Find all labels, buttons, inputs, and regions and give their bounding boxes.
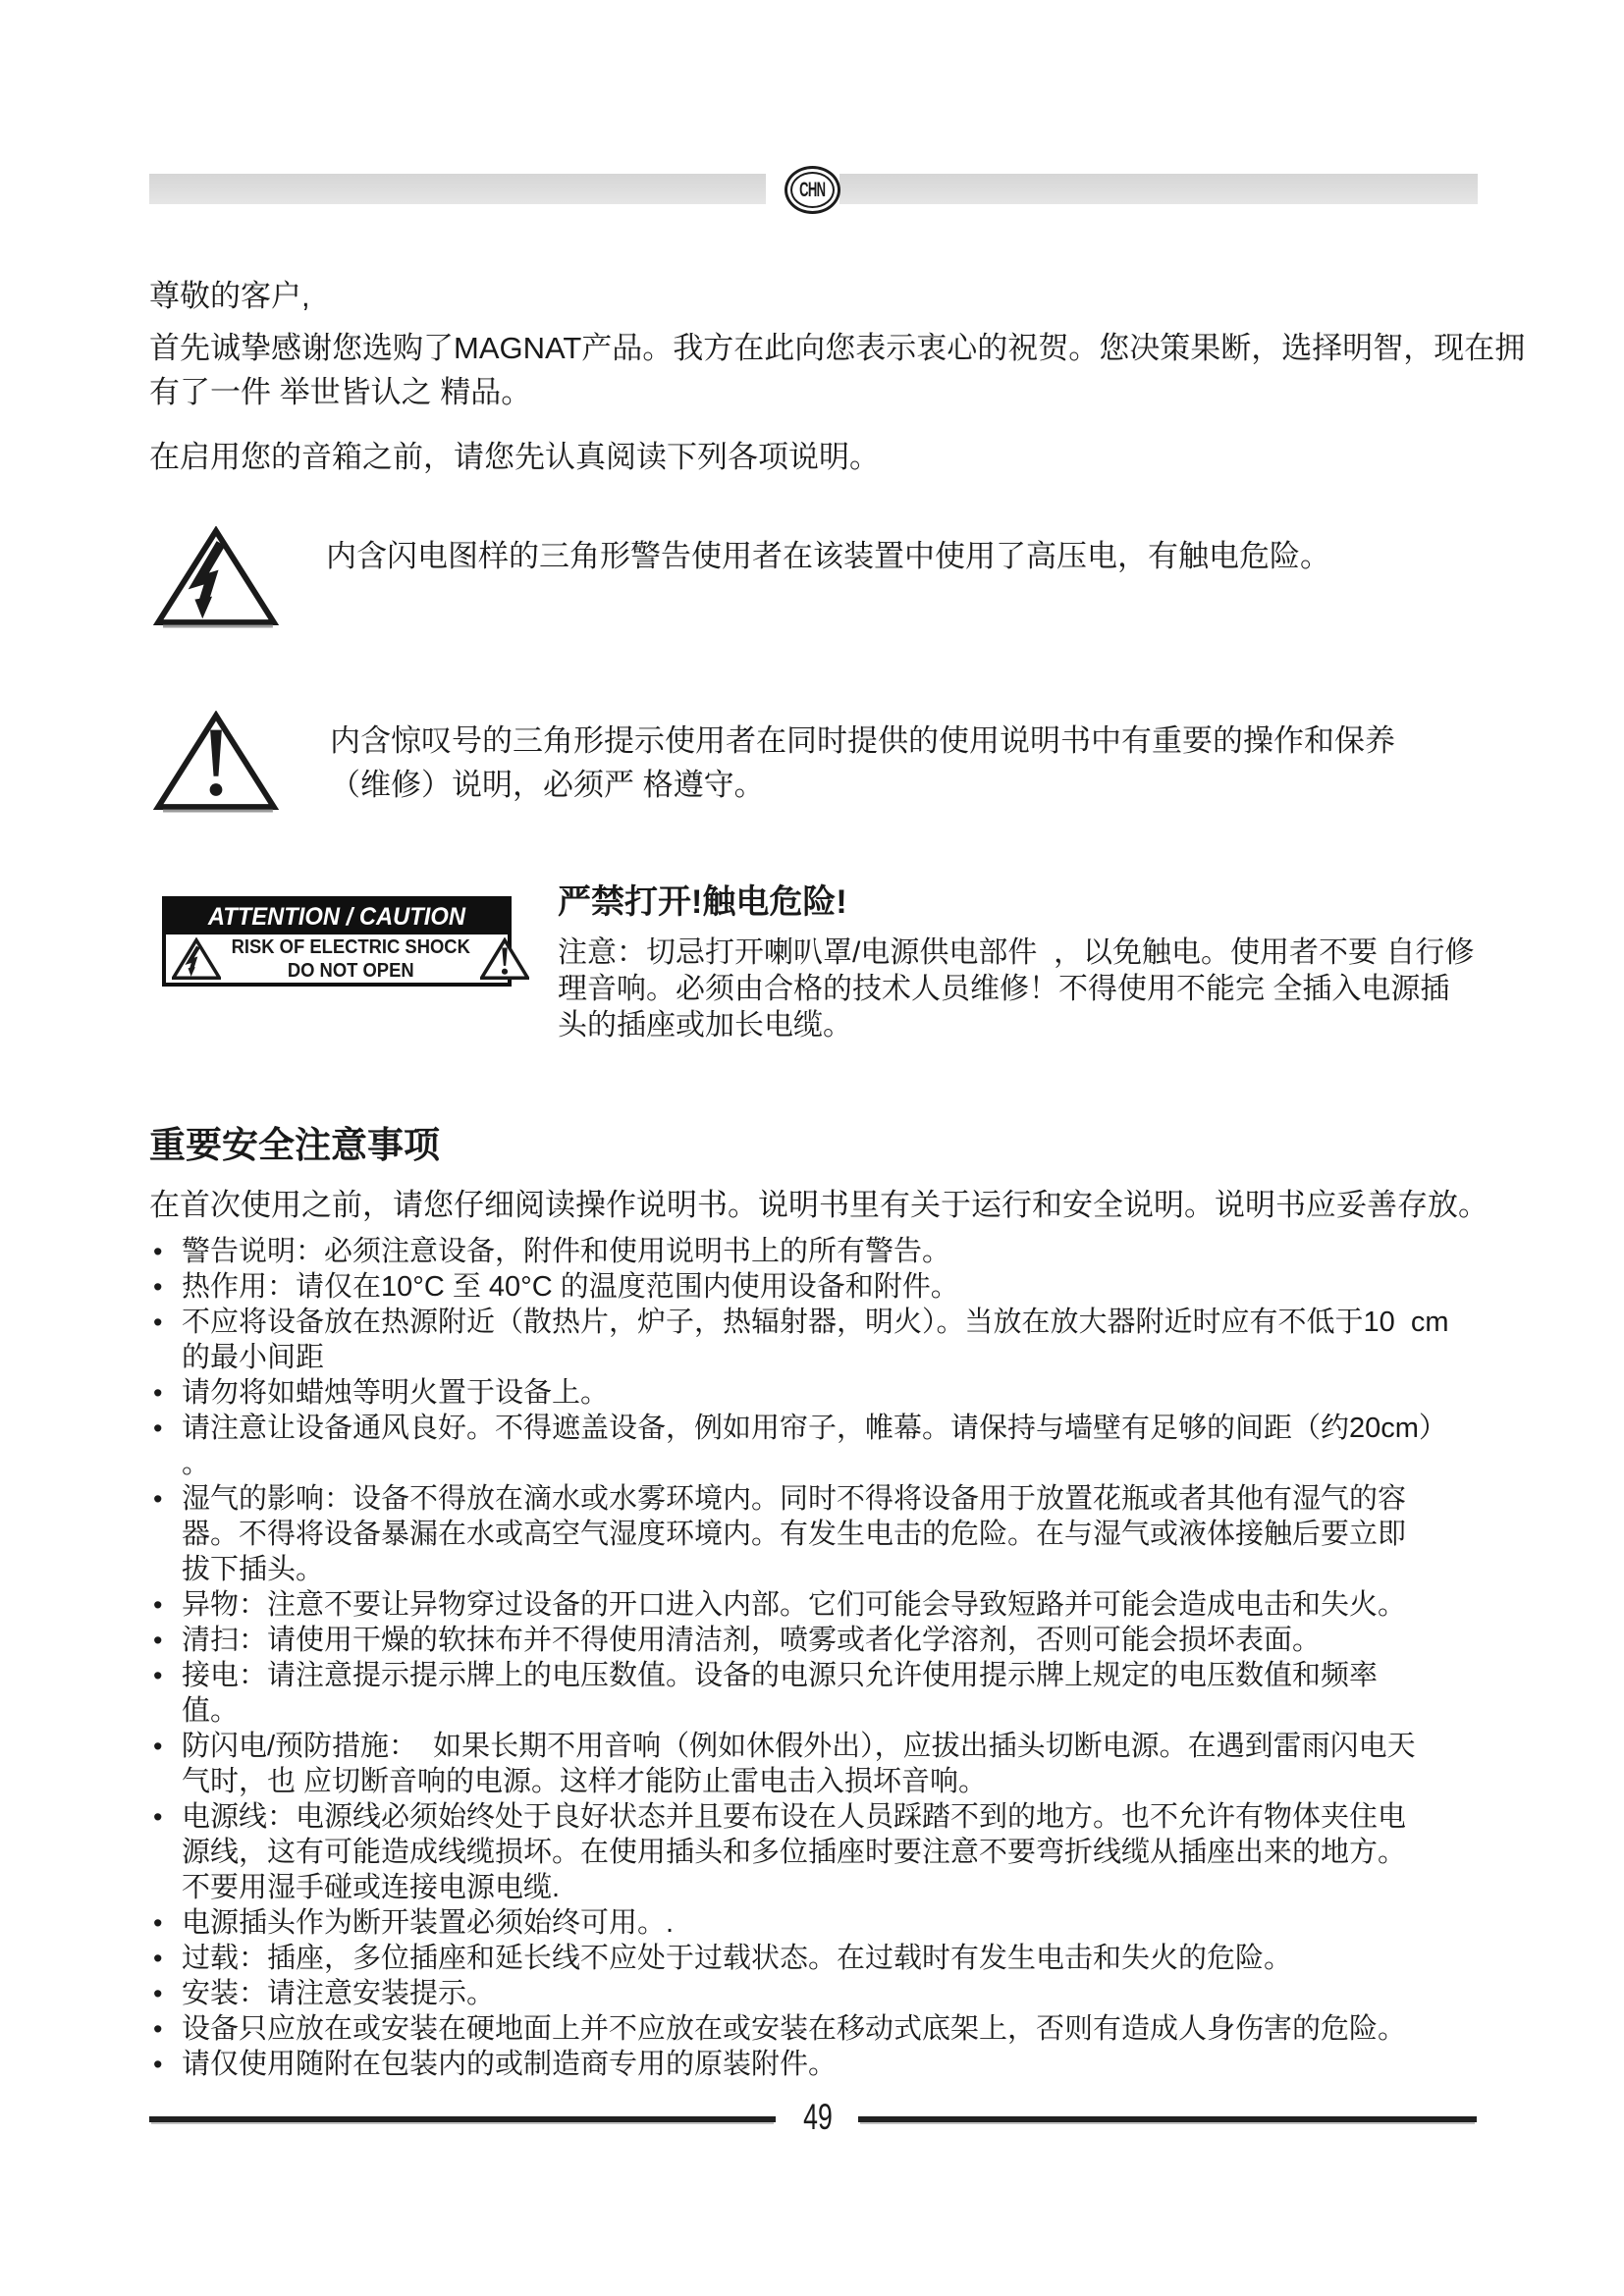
caution-paragraph: 注意：切忌打开喇叭罩/电源供电部件 ，以免触电。使用者不要 自行修 理音响。必须… xyxy=(558,934,1540,1043)
manual-page: CHN 尊敬的客户, 首先诚挚感谢您选购了MAGNAT产品。我方在此向您表示衷心… xyxy=(0,0,1624,2296)
page-number: 49 xyxy=(788,2097,847,2138)
safety-item: 警告说明：必须注意设备，附件和使用说明书上的所有警告。 xyxy=(149,1234,1593,1269)
attention-caution-label: ATTENTION / CAUTION RISK OF ELECTRIC SHO… xyxy=(162,896,512,987)
warning-row-instructions: 内含惊叹号的三角形提示使用者在同时提供的使用说明书中有重要的操作和保养 （维修）… xyxy=(153,711,1395,813)
intro-paragraph-1: 首先诚挚感谢您选购了MAGNAT产品。我方在此向您表示衷心的祝贺。您决策果断，选… xyxy=(149,326,1543,414)
safety-list: 警告说明：必须注意设备，附件和使用说明书上的所有警告。热作用：请仅在10°C 至… xyxy=(149,1234,1593,2082)
safety-item: 接电：请注意提示提示牌上的电压数值。设备的电源只允许使用提示牌上规定的电压数值和… xyxy=(149,1658,1593,1729)
safety-item: 电源线：电源线必须始终处于良好状态并且要布设在人员踩踏不到的地方。也不允许有物体… xyxy=(149,1799,1593,1905)
safety-item: 请注意让设备通风良好。不得遮盖设备，例如用帘子，帷幕。请保持与墙壁有足够的间距（… xyxy=(149,1411,1593,1481)
language-badge: CHN xyxy=(785,166,840,214)
footer-rule-right xyxy=(858,2116,1477,2122)
caution-text-block: 严禁打开!触电危险! 注意：切忌打开喇叭罩/电源供电部件 ，以免触电。使用者不要… xyxy=(558,882,1540,1043)
header-rule-left xyxy=(149,174,766,204)
safety-item: 不应将设备放在热源附近（散热片，炉子，热辐射器，明火）。当放在放大器附近时应有不… xyxy=(149,1305,1593,1375)
header-rule-right xyxy=(839,174,1478,204)
safety-intro: 在首次使用之前，请您仔细阅读操作说明书。说明书里有关于运行和安全说明。说明书应妥… xyxy=(149,1186,1593,1225)
safety-item: 请勿将如蜡烛等明火置于设备上。 xyxy=(149,1375,1593,1411)
language-badge-ring: CHN xyxy=(790,172,835,208)
safety-item: 过载：插座，多位插座和延长线不应处于过载状态。在过载时有发生电击和失火的危险。 xyxy=(149,1941,1593,1976)
warning-row-high-voltage: 内含闪电图样的三角形警告使用者在该装置中使用了高压电，有触电危险。 xyxy=(153,526,1330,628)
intro-paragraph-2: 在启用您的音箱之前，请您先认真阅读下列各项说明。 xyxy=(149,435,1543,479)
salutation: 尊敬的客户, xyxy=(149,274,1543,318)
intro-block: 尊敬的客户, 首先诚挚感谢您选购了MAGNAT产品。我方在此向您表示衷心的祝贺。… xyxy=(149,274,1543,479)
safety-item: 防闪电/预防措施： 如果长期不用音响（例如休假外出），应拔出插头切断电源。在遇到… xyxy=(149,1729,1593,1799)
safety-item: 安装：请注意安装提示。 xyxy=(149,1976,1593,2011)
safety-item: 湿气的影响：设备不得放在滴水或水雾环境内。同时不得将设备用于放置花瓶或者其他有湿… xyxy=(149,1481,1593,1587)
safety-item: 清扫：请使用干燥的软抹布并不得使用清洁剂，喷雾或者化学溶剂，否则可能会损坏表面。 xyxy=(149,1623,1593,1658)
warning-text-instructions: 内含惊叹号的三角形提示使用者在同时提供的使用说明书中有重要的操作和保养 （维修）… xyxy=(279,711,1395,813)
safety-item: 设备只应放在或安装在硬地面上并不应放在或安装在移动式底架上，否则有造成人身伤害的… xyxy=(149,2011,1593,2047)
footer-rule-left xyxy=(149,2116,776,2122)
safety-item: 异物：注意不要让异物穿过设备的开口进入内部。它们可能会导致短路并可能会造成电击和… xyxy=(149,1587,1593,1623)
caution-label-line2: DO NOT OPEN xyxy=(232,959,470,983)
lightning-triangle-icon xyxy=(153,526,279,628)
caution-label-text: RISK OF ELECTRIC SHOCK DO NOT OPEN xyxy=(221,935,480,983)
caution-label-line1: RISK OF ELECTRIC SHOCK xyxy=(232,935,470,959)
safety-section: 重要安全注意事项 在首次使用之前，请您仔细阅读操作说明书。说明书里有关于运行和安… xyxy=(149,1123,1593,2082)
safety-item: 请仅使用随附在包装内的或制造商专用的原装附件。 xyxy=(149,2047,1593,2082)
small-lightning-triangle-icon xyxy=(172,937,221,981)
safety-heading: 重要安全注意事项 xyxy=(149,1123,1593,1168)
attention-caution-header: ATTENTION / CAUTION xyxy=(166,900,508,934)
language-badge-label: CHN xyxy=(799,179,825,202)
attention-caution-body: RISK OF ELECTRIC SHOCK DO NOT OPEN xyxy=(166,934,508,983)
safety-item: 电源插头作为断开装置必须始终可用。. xyxy=(149,1905,1593,1941)
caution-heading: 严禁打开!触电危险! xyxy=(558,882,1540,922)
exclamation-triangle-icon xyxy=(153,711,279,813)
small-exclamation-triangle-icon xyxy=(480,937,529,981)
safety-item: 热作用：请仅在10°C 至 40°C 的温度范围内使用设备和附件。 xyxy=(149,1269,1593,1305)
warning-text-high-voltage: 内含闪电图样的三角形警告使用者在该装置中使用了高压电，有触电危险。 xyxy=(279,526,1330,628)
